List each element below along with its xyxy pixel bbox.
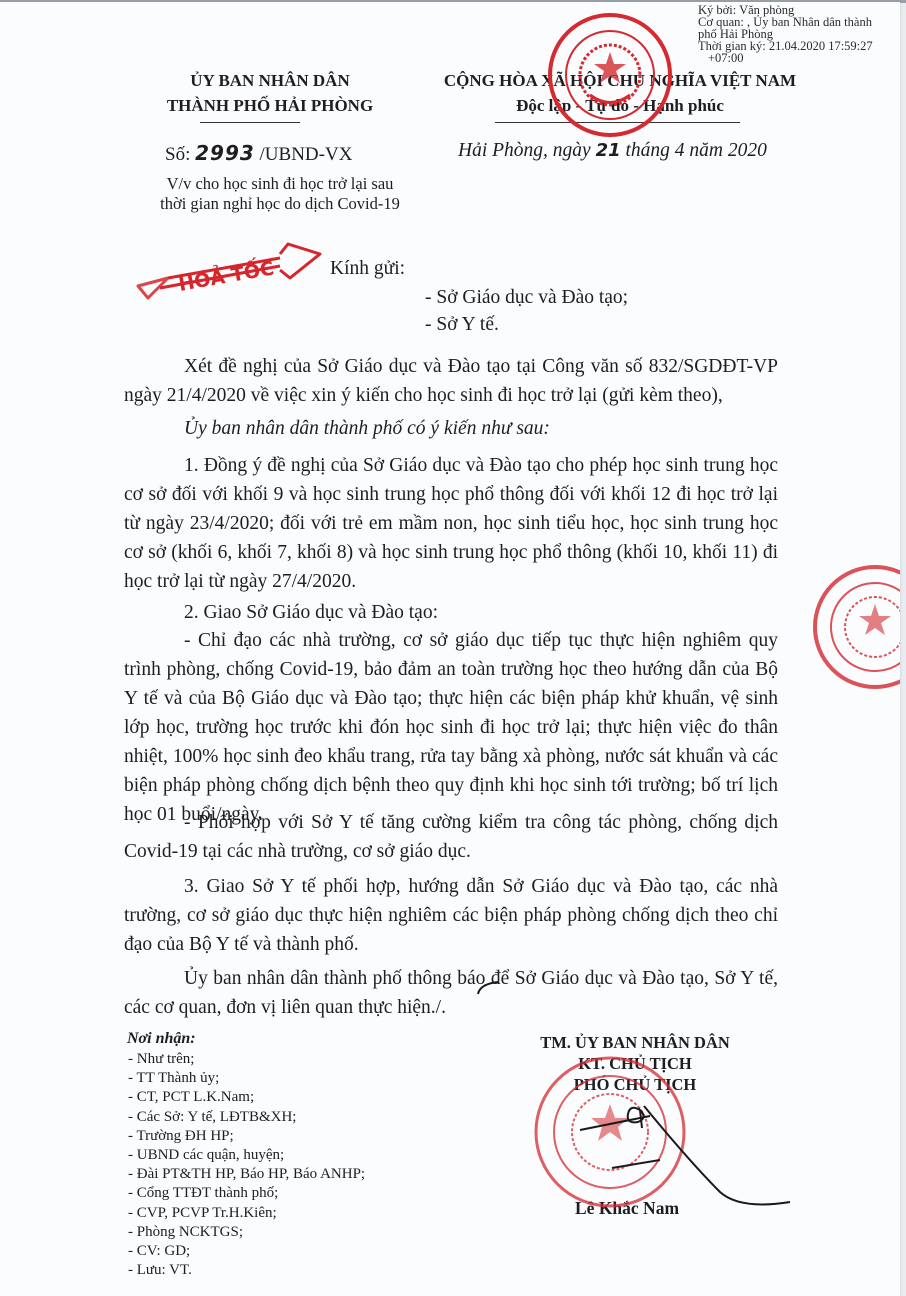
recipient-item: - CVP, PCVP Tr.H.Kiên;	[128, 1204, 365, 1223]
signature-title-1: TM. ỦY BAN NHÂN DÂN	[515, 1032, 755, 1053]
recipients-label: Nơi nhận:	[127, 1030, 196, 1048]
date-day-handwritten: 21	[596, 140, 621, 161]
date-suffix: tháng 4 năm 2020	[626, 140, 767, 161]
nation-motto: Độc lập - Tự do - Hạnh phúc	[415, 93, 825, 118]
recipient-item: - UBND các quận, huyện;	[128, 1146, 365, 1165]
doc-number-handwritten: 2993	[195, 141, 255, 165]
date-prefix: Hải Phòng, ngày	[458, 140, 591, 161]
signing-timezone: +07:00	[698, 52, 898, 64]
recipient-item: - TT Thành ủy;	[128, 1069, 365, 1088]
place-date: Hải Phòng, ngày 21 tháng 4 năm 2020	[458, 140, 767, 162]
signature-title-3: PHÓ CHỦ TỊCH	[515, 1074, 755, 1095]
document-number: Số: 2993 /UBND-VX	[165, 141, 352, 166]
signature-title-2: KT. CHỦ TỊCH	[515, 1053, 755, 1074]
point-3: 3. Giao Sở Y tế phối hợp, hướng dẫn Sở G…	[124, 872, 778, 959]
point-2b: - Phối hợp với Sở Y tế tăng cường kiểm t…	[124, 808, 778, 866]
signer-name: Lê Khắc Nam	[575, 1198, 679, 1219]
point-2a: - Chỉ đạo các nhà trường, cơ sở giáo dục…	[124, 626, 778, 829]
nation-name: CỘNG HÒA XÃ HỘI CHỦ NGHĨA VIỆT NAM	[415, 68, 825, 93]
point-1: 1. Đồng ý đề nghị của Sở Giáo dục và Đào…	[124, 451, 778, 596]
document-page: Ký bởi: Văn phòng Cơ quan: , Ủy ban Nhân…	[0, 2, 900, 1296]
addressee-item: - Sở Giáo dục và Đào tạo;	[425, 287, 628, 309]
issuer-underline	[200, 122, 300, 123]
addressee-item: - Sở Y tế.	[425, 314, 499, 336]
subject-line2: thời gian nghỉ học do dịch Covid-19	[130, 194, 430, 214]
recipient-item: - Các Sở: Y tế, LĐTB&XH;	[128, 1108, 365, 1127]
opinion-lead: Ủy ban nhân dân thành phố có ý kiến như …	[124, 414, 778, 443]
intro-paragraph: Xét đề nghị của Sở Giáo dục và Đào tạo t…	[124, 352, 778, 410]
urgent-stamp-text: HOẢ TỐC	[176, 254, 275, 296]
recipient-item: - Trường ĐH HP;	[128, 1127, 365, 1146]
issuer-header: ỦY BAN NHÂN DÂN THÀNH PHỐ HẢI PHÒNG	[155, 68, 385, 118]
recipients-list: - Như trên;- TT Thành ủy;- CT, PCT L.K.N…	[128, 1050, 365, 1280]
point-2-title: 2. Giao Sở Giáo dục và Đào tạo:	[124, 598, 778, 627]
subject-line1: V/v cho học sinh đi học trở lại sau	[130, 174, 430, 194]
recipient-item: - Phòng NCKTGS;	[128, 1223, 365, 1242]
motto-underline	[495, 122, 740, 123]
recipient-item: - CT, PCT L.K.Nam;	[128, 1088, 365, 1107]
national-header: CỘNG HÒA XÃ HỘI CHỦ NGHĨA VIỆT NAM Độc l…	[415, 68, 825, 118]
doc-number-suffix: /UBND-VX	[260, 144, 353, 165]
addressee-label: Kính gửi:	[330, 258, 405, 280]
document-subject: V/v cho học sinh đi học trở lại sau thời…	[130, 174, 430, 214]
handwritten-signature-icon	[540, 1102, 800, 1212]
recipient-item: - Đài PT&TH HP, Báo HP, Báo ANHP;	[128, 1165, 365, 1184]
issuer-line2: THÀNH PHỐ HẢI PHÒNG	[155, 93, 385, 118]
recipient-item: - Lưu: VT.	[128, 1261, 365, 1280]
page-seal-icon	[810, 562, 900, 692]
closing-paragraph: Ủy ban nhân dân thành phố thông báo để S…	[124, 964, 778, 1022]
recipient-item: - CV: GD;	[128, 1242, 365, 1261]
recipient-item: - Cổng TTĐT thành phố;	[128, 1184, 365, 1203]
signature-block: TM. ỦY BAN NHÂN DÂN KT. CHỦ TỊCH PHÓ CHỦ…	[515, 1032, 755, 1095]
digital-signature-info: Ký bởi: Văn phòng Cơ quan: , Ủy ban Nhân…	[698, 4, 898, 64]
issuer-line1: ỦY BAN NHÂN DÂN	[155, 68, 385, 93]
doc-number-prefix: Số:	[165, 144, 190, 165]
urgent-stamp-arrow-icon: HOẢ TỐC	[130, 236, 330, 306]
recipient-item: - Như trên;	[128, 1050, 365, 1069]
